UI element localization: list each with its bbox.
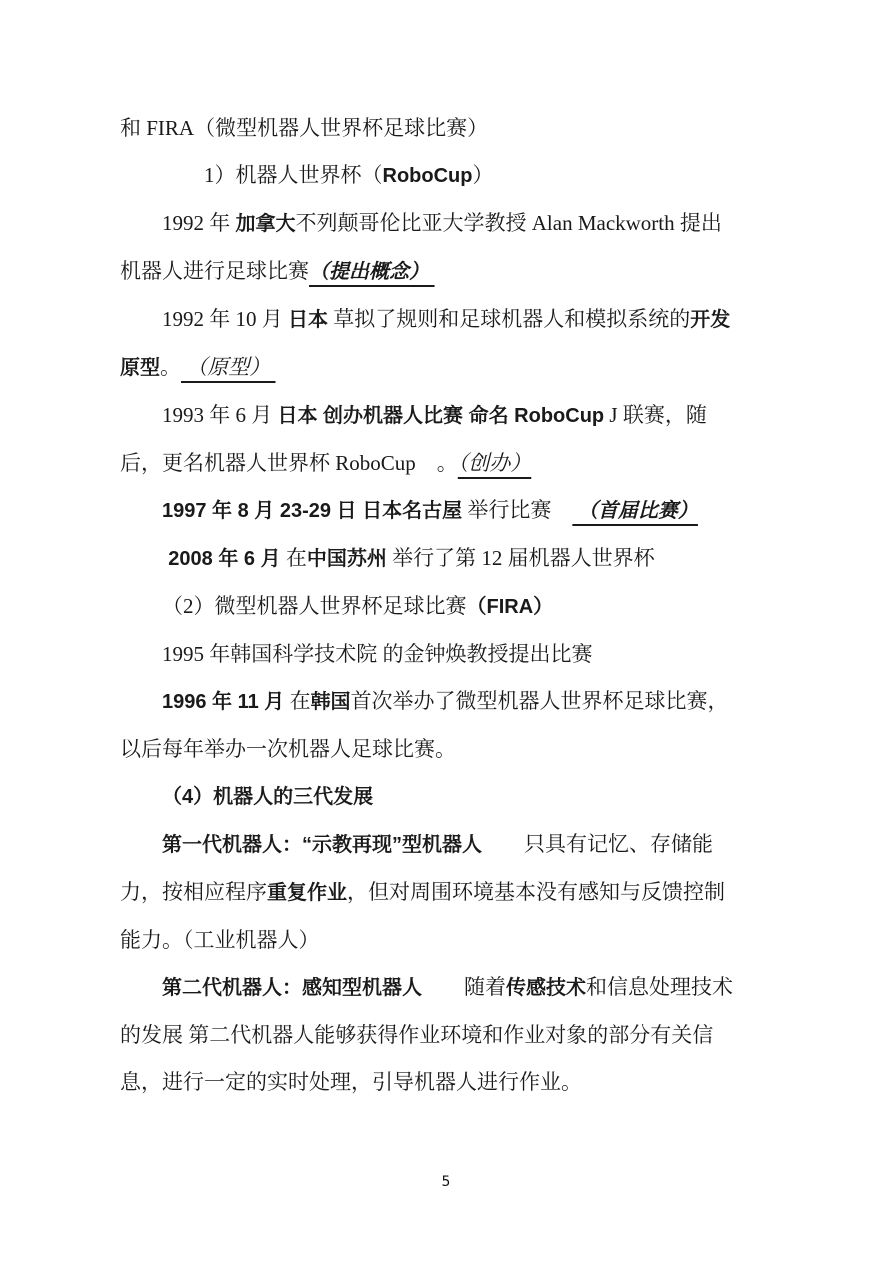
text-run: 机器人进行足球比赛 [120,259,309,283]
text-run: 在 [284,689,310,713]
text-run: 1992 年 10 月 [162,307,288,331]
text-line: 息，进行一定的实时处理，引导机器人进行作业。 [120,1059,774,1106]
text-line: 后，更名机器人世界杯 RoboCup 。（创办） [120,440,774,487]
text-run: 1997 年 8 月 23-29 日 日本名古屋 [162,500,462,522]
text-run: （提出概念） [309,261,435,283]
text-run: ） [472,163,493,187]
text-run: 力，按相应程序 [120,880,267,904]
text-run: 韩国 [311,691,351,713]
text-line: 第一代机器人：“示教再现”型机器人 只具有记忆、存储能 [120,821,774,869]
text-run: （原型） [181,355,276,379]
document-body: 和 FIRA（微型机器人世界杯足球比赛）1）机器人世界杯（RoboCup）199… [120,105,774,1106]
text-run: 日本 创办机器人比赛 命名 RoboCup [278,405,605,427]
text-run: RoboCup [383,165,473,187]
text-run: J 联赛，随 [604,403,707,427]
text-run: 第二代机器人：感知型机器人 [162,977,422,999]
text-run: 1996 年 11 月 [162,691,284,713]
text-run: 重复作业 [267,882,347,904]
text-run: 的发展 第二代机器人能够获得作业环境和作业对象的部分有关信 [120,1023,713,1047]
text-run: 只具有记忆、存储能 [482,832,713,856]
text-run: 举行了第 12 届机器人世界杯 [387,546,655,570]
text-line: 以后每年举办一次机器人足球比赛。 [120,726,774,773]
text-line: 和 FIRA（微型机器人世界杯足球比赛） [120,105,774,152]
text-run: 能力。（工业机器人） [120,928,320,952]
text-run: 。 [160,355,181,379]
text-run: （首届比赛） [572,500,698,522]
text-line: （2）微型机器人世界杯足球比赛（FIRA） [120,583,774,631]
text-line: 的发展 第二代机器人能够获得作业环境和作业对象的部分有关信 [120,1012,774,1059]
text-run: 2008 年 6 月 [168,548,280,570]
text-run: 首次举办了微型机器人世界杯足球比赛， [351,689,729,713]
text-run: （4）机器人的三代发展 [162,786,373,808]
text-run: 不列颠哥伦比亚大学教授 Alan Mackworth 提出 [296,211,722,235]
page-number: 5 [0,1174,892,1190]
text-line: 1995 年韩国科学技术院 的金钟焕教授提出比赛 [120,631,774,678]
text-run: 后，更名机器人世界杯 RoboCup 。 [120,451,458,475]
text-run: （创办） [458,451,532,475]
text-run: ，但对周围环境基本没有感知与反馈控制 [347,880,725,904]
text-line: 1993 年 6 月 日本 创办机器人比赛 命名 RoboCup J 联赛，随 [120,392,774,440]
text-run: 举行比赛 [462,498,572,522]
text-run: 和 FIRA（微型机器人世界杯足球比赛） [120,116,488,140]
text-line: 1992 年 加拿大不列颠哥伦比亚大学教授 Alan Mackworth 提出 [120,200,774,248]
document-page: 和 FIRA（微型机器人世界杯足球比赛）1）机器人世界杯（RoboCup）199… [0,0,892,1262]
text-run: 以后每年举办一次机器人足球比赛。 [120,737,456,761]
text-run: 随着 [422,975,506,999]
text-line: （4）机器人的三代发展 [120,773,774,821]
text-run: 1992 年 [162,211,236,235]
text-run: （2）微型机器人世界杯足球比赛 [162,594,467,618]
text-run: 第一代机器人：“示教再现”型机器人 [162,834,482,856]
text-run: 传感技术 [506,977,586,999]
text-line: 机器人进行足球比赛（提出概念） [120,248,774,296]
text-run: 1）机器人世界杯（ [204,163,383,187]
text-line: 2008 年 6 月 在中国苏州 举行了第 12 届机器人世界杯 [120,535,774,583]
text-run: 日本 [288,309,328,331]
text-line: 1）机器人世界杯（RoboCup） [120,152,774,200]
text-line: 1996 年 11 月 在韩国首次举办了微型机器人世界杯足球比赛， [120,678,774,726]
text-line: 1997 年 8 月 23-29 日 日本名古屋 举行比赛 （首届比赛） [120,487,774,535]
text-line: 力，按相应程序重复作业，但对周围环境基本没有感知与反馈控制 [120,869,774,917]
text-run: 开发 [690,309,730,331]
text-run: 和信息处理技术 [586,975,733,999]
text-line: 第二代机器人：感知型机器人 随着传感技术和信息处理技术 [120,964,774,1012]
text-line: 原型。 （原型） [120,344,774,392]
text-line: 能力。（工业机器人） [120,917,774,964]
text-run: 中国苏州 [307,548,387,570]
text-run: 1995 年韩国科学技术院 的金钟焕教授提出比赛 [162,642,593,666]
text-run: 1993 年 6 月 [162,403,278,427]
text-run: 加拿大 [236,213,296,235]
text-run: （FIRA） [467,596,554,618]
text-run: 草拟了规则和足球机器人和模拟系统的 [328,307,690,331]
text-line: 1992 年 10 月 日本 草拟了规则和足球机器人和模拟系统的开发 [120,296,774,344]
text-run: 原型 [120,357,160,379]
text-run: 息，进行一定的实时处理，引导机器人进行作业。 [120,1070,582,1094]
text-run: 在 [281,546,307,570]
